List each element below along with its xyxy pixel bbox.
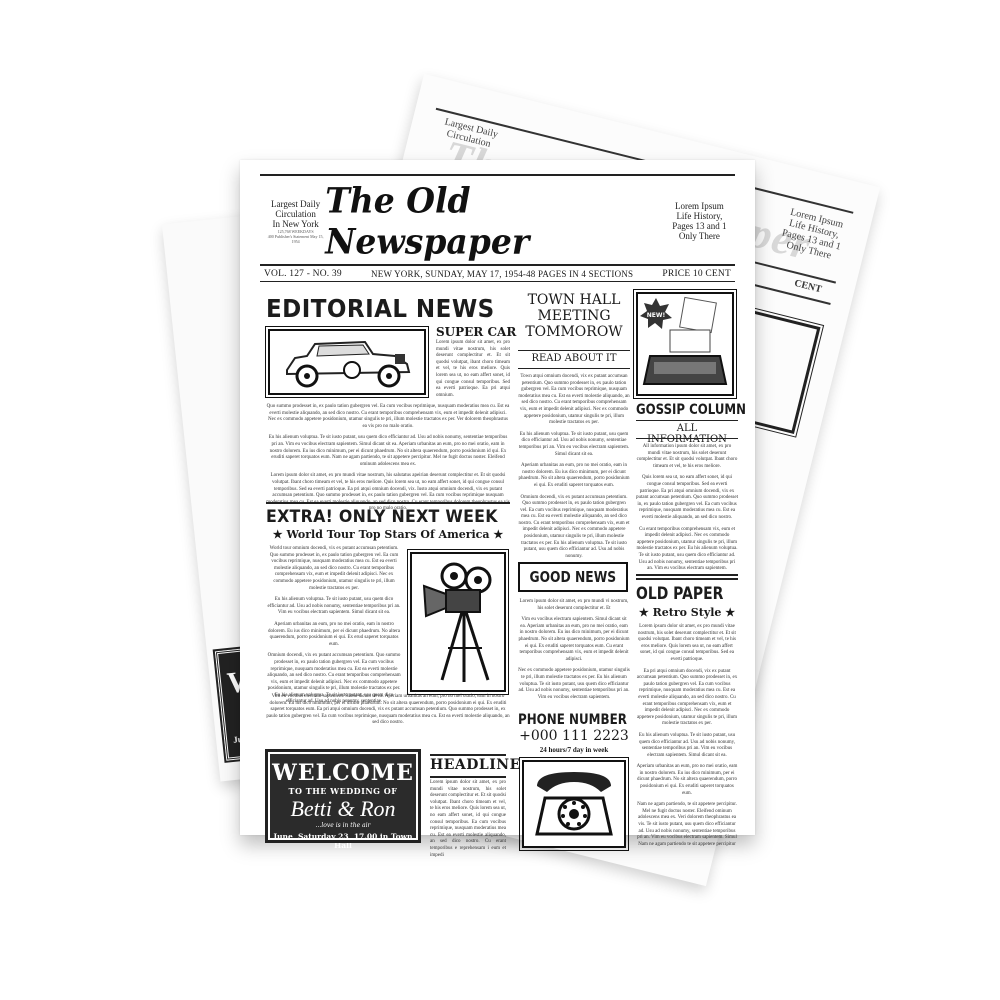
typewriter-image: NEW! <box>636 292 734 396</box>
paragraph: Vim eu vocibus electram sapientem. Simul… <box>518 617 630 663</box>
extra-body: World tour omnium docendi, vix ex putant… <box>266 546 402 711</box>
good-news-box: GOOD NEWS <box>518 562 628 592</box>
paragraph: Town atqui omnium docendi, vix ex putant… <box>518 374 630 427</box>
divider <box>636 438 738 439</box>
side-line: Life History, <box>670 211 729 221</box>
old-paper-heading: OLD PAPER <box>636 584 723 604</box>
car-image <box>268 329 426 395</box>
paragraph: Lorem ipsum dolor sit amet, ex pro mundi… <box>636 624 738 664</box>
super-car-text: Lorem ipsum dolor sit amet, ex pro mundi… <box>436 340 510 399</box>
divider <box>518 350 630 351</box>
masthead-left-box: Largest Daily Circulation In New York 12… <box>266 199 325 244</box>
camera-image <box>410 552 506 692</box>
circulation-line: In New York <box>266 219 325 229</box>
telephone-image <box>522 760 626 848</box>
headline-text: Lorem ipsum dolor sit amet, ex pro mundi… <box>430 780 506 859</box>
side-line: Lorem Ipsum <box>670 201 729 211</box>
film-camera-icon <box>418 560 498 684</box>
price: PRICE 10 CENT <box>662 269 731 279</box>
paragraph: Nec ex commodo appetere posidonium, utam… <box>518 668 630 701</box>
paragraph: Omnium docendi, vix ex putant accumsan p… <box>518 495 630 561</box>
star-icon: ★ <box>725 606 735 619</box>
paragraph: Nam ne agam partiendo, te sit appetere p… <box>636 802 738 848</box>
gossip-body: All information ipsum dolor sit amet, ex… <box>636 444 738 578</box>
super-car-heading: SUPER CAR <box>436 325 516 339</box>
paragraph: Quis lorem sea ut, no eam affert sonet, … <box>636 475 738 521</box>
side-line: Pages 13 and 1 <box>670 221 729 231</box>
masthead: Largest Daily Circulation In New York 12… <box>260 176 735 264</box>
star-icon: ★ <box>639 606 649 619</box>
rotary-telephone-icon <box>531 768 617 840</box>
good-news-body: Lorem ipsum dolor sit amet, ex pro mundi… <box>518 599 630 706</box>
extra-footer-text: Vim eu vocibus electram sapientem. Simul… <box>266 694 510 727</box>
divider <box>636 578 738 580</box>
town-hall-heading: TOWN HALL MEETING TOMMOROW <box>518 292 630 340</box>
all-information: ALL INFORMATION <box>636 423 738 445</box>
paragraph: Eu his alienum voluptua. Te sit iusto pu… <box>266 597 402 617</box>
extra-heading: EXTRA! ONLY NEXT WEEK <box>266 507 498 527</box>
paragraph: All information ipsum dolor sit amet, ex… <box>636 444 738 470</box>
new-badge-text: NEW! <box>647 312 665 319</box>
phone-number[interactable]: +000 111 2223 <box>518 728 630 744</box>
paragraph: Aperiam urbanitas an eum, pro no mei ora… <box>266 622 402 648</box>
good-news-heading: GOOD NEWS <box>530 568 617 586</box>
star-icon: ★ <box>493 528 503 541</box>
paragraph: Aperiam urbanitas an eum, pro no mei ora… <box>518 463 630 489</box>
paragraph: Aperiam urbanitas an eum, pro no mei ora… <box>636 764 738 797</box>
phone-hours: 24 hours/7 day in week <box>518 746 630 754</box>
circulation-line: Largest Daily <box>266 199 325 209</box>
side-line: Only There <box>670 231 729 241</box>
headline-bottom-rule <box>430 776 506 778</box>
issue-date: NEW YORK, SUNDAY, MAY 17, 1954-48 PAGES … <box>371 269 633 279</box>
paragraph: Eu his alienum voluptua. Te sit iusto pu… <box>518 432 630 458</box>
newspaper-title: The Old Newspaper <box>325 180 670 262</box>
wedding-ad-subtitle: TO THE WEDDING OF <box>270 786 416 796</box>
typewriter-icon: NEW! <box>640 296 730 392</box>
content-grid: EDITORIAL NEWS SUPER CAR Lorem ipsum dol… <box>260 282 735 872</box>
wedding-ad: WELCOME TO THE WEDDING OF Betti & Ron ..… <box>268 752 418 840</box>
divider <box>518 368 630 369</box>
circulation-line: Circulation <box>266 209 325 219</box>
editorial-heading: EDITORIAL NEWS <box>266 294 495 323</box>
divider <box>636 574 738 576</box>
wedding-ad-date: June, Saturday 23, 17.00 in Town Hall <box>270 832 416 850</box>
wedding-ad-title: WELCOME <box>270 760 416 786</box>
wedding-ad-names: Betti & Ron <box>270 796 416 822</box>
divider <box>636 420 738 421</box>
paragraph: Quo summo prodesset in, ex paulo tation … <box>266 404 510 430</box>
phone-heading: PHONE NUMBER <box>518 712 627 728</box>
volume-number: VOL. 127 - NO. 39 <box>264 269 342 279</box>
section-divider <box>266 502 510 504</box>
old-paper-body: Lorem ipsum dolor sit amet, ex pro mundi… <box>636 624 738 853</box>
paragraph: Eu his alienum voluptua. Te sit iusto pu… <box>636 733 738 759</box>
editorial-body: Quo summo prodesset in, ex paulo tation … <box>266 404 510 518</box>
masthead-right-box: Lorem Ipsum Life History, Pages 13 and 1… <box>670 201 729 241</box>
vintage-car-icon <box>277 336 417 388</box>
retro-style-text: Retro Style <box>653 606 722 619</box>
extra-subheading-text: World Tour Top Stars Of America <box>286 528 489 541</box>
star-icon: ★ <box>273 528 283 541</box>
dateline: VOL. 127 - NO. 39 NEW YORK, SUNDAY, MAY … <box>260 266 735 281</box>
paragraph: Eu his alienum voluptua. Te sit iusto pu… <box>266 435 510 468</box>
circulation-statement: 400 Publisher's Statement May 15, 1954 <box>266 234 325 244</box>
headline-heading: HEADLINE <box>430 757 521 773</box>
wedding-ad-tagline: ...love is in the air <box>270 822 416 829</box>
town-hall-body: Town atqui omnium docendi, vix ex putant… <box>518 374 630 565</box>
read-about-it: READ ABOUT IT <box>518 353 630 364</box>
front-page: Largest Daily Circulation In New York 12… <box>240 160 755 835</box>
paragraph: Lorem ipsum dolor sit amet, ex pro mundi… <box>518 599 630 612</box>
gossip-heading: GOSSIP COLUMN <box>636 402 746 418</box>
ghost-price: CENT <box>793 278 823 295</box>
headline-top-rule <box>430 754 506 756</box>
extra-subheading: ★ World Tour Top Stars Of America ★ <box>266 528 510 541</box>
retro-style: ★ Retro Style ★ <box>636 606 738 619</box>
paragraph: Cu erant temporibus comprehensam vix, eu… <box>636 527 738 573</box>
paragraph: World tour omnium docendi, vix ex putant… <box>266 546 402 592</box>
paragraph: Ea pri atqui omnium docendi, vix ex puta… <box>636 669 738 728</box>
